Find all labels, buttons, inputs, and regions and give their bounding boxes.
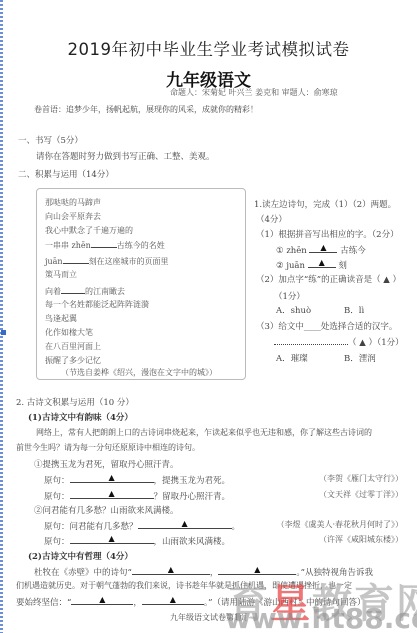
label: 要始终坚信：“ xyxy=(16,598,71,608)
label: ② juān xyxy=(276,261,305,271)
label: 原句： xyxy=(44,537,70,547)
page-edge-rule xyxy=(0,0,3,633)
exam-motto: 卷首语：追梦少年，扬帆起航，展现你的风采，成就你的精彩！ xyxy=(34,104,258,115)
poem-line: 那哒哒的马蹄声 xyxy=(45,197,101,208)
q2-item1-b: 原句：▲？留取丹心照汗青。 xyxy=(44,489,230,502)
poem-line: 每一个名姓都能泛起阵阵涟漪 xyxy=(45,299,149,310)
triangle-marker-icon: ▲ xyxy=(320,243,326,252)
label: ，山雨欲来风满楼。 xyxy=(154,537,231,547)
label: 原句： xyxy=(44,492,70,502)
q2-intro-line2: 前世今生吗？请为每一分句还原原诗中相连的诗句。 xyxy=(16,442,200,453)
q2-item1: ①提携玉龙为君死，留取丹心照汗青。 xyxy=(34,458,179,470)
q2-heading: 2. 古诗文积累与运用（10 分） xyxy=(16,396,134,408)
poem-source: （节选自姜桦《绍兴，漫泡在文字中的城》） xyxy=(61,367,217,378)
blank-juan[interactable] xyxy=(63,255,89,264)
q1-stem: 1.读左边诗句，完成（1）（2）两题。 xyxy=(254,198,396,210)
section1-text: 请你在答题时努力做到书写正确、工整、美观。 xyxy=(36,150,215,162)
poem-line: 振醒了多少记忆 xyxy=(45,355,101,366)
section2-heading: 二、积累与运用（14分） xyxy=(18,168,114,180)
triangle-marker-icon: ▲ xyxy=(168,565,174,574)
label: 。 xyxy=(232,522,241,532)
exam-authors: 命题人：宋菊妃 叶兴兰 姜克和 审题人：俞寒琼 xyxy=(170,87,338,98)
poem-line: juān刻在这座城市的页面里 xyxy=(45,255,169,267)
poem-box: 那哒哒的马蹄声 向山会平原奔去 我心中默念了千遍万遍的 一串串 zhēn古练今的… xyxy=(36,188,246,380)
answer-slot[interactable]: （ ▲ ）（1分） xyxy=(348,338,404,348)
watermark-url: www.ht88.com xyxy=(225,602,417,633)
label: 原句：问君能有几多愁？ xyxy=(44,522,138,532)
answer-blank[interactable]: ▲ xyxy=(309,243,337,253)
answer-blank[interactable]: ▲ xyxy=(71,595,133,605)
poem-text: 向着 xyxy=(45,287,61,296)
q2-item2: ②问君能有几多愁？山雨欲来风满楼。 xyxy=(34,504,179,516)
q2-intro-line1: 网络上，常有人把朗朗上口的古诗词串烧起来，乍读起来似乎也无违和感，你了解这些古诗… xyxy=(36,427,372,438)
q1-sub2-option-a[interactable]: A．shuò xyxy=(276,304,311,316)
q2-part2-heading: (2)古诗文中有哲理（4分） xyxy=(28,550,133,562)
q2-item2-b-source: （许浑《咸阳城东楼》） xyxy=(319,534,403,545)
answer-blank[interactable]: ▲ xyxy=(138,519,232,529)
pinyin-zhen: 一串串 zhēn xyxy=(45,241,91,250)
answer-blank[interactable]: ▲ xyxy=(308,258,336,268)
q2-part1-heading: (1)古诗文中有韵味（4分） xyxy=(28,411,133,423)
q1-sub1: （1）根据拼音写出相应的字。（2分） xyxy=(256,228,399,240)
q1-sub3-option-b[interactable]: B．湮润 xyxy=(344,352,376,364)
label: 原句： xyxy=(44,476,70,486)
poem-line: 向着的江南瞰去 xyxy=(45,285,125,297)
label: 杜牧在《赤壁》中的诗句“ xyxy=(34,568,132,578)
q2-item1-a: 原句：▲，提携玉龙为君死。 xyxy=(44,473,230,486)
answer-blank[interactable]: ▲ xyxy=(70,534,154,544)
answer-blank[interactable]: ▲ xyxy=(70,473,154,483)
q2-item1-b-source: （文天祥《过零丁洋》） xyxy=(319,489,403,500)
answer-blank[interactable]: ▲ xyxy=(132,565,210,575)
triangle-marker-icon: ▲ xyxy=(319,258,325,267)
triangle-marker-icon: ▲ xyxy=(108,473,114,482)
poem-line: 策马而立 xyxy=(45,269,77,280)
pinyin-juan: juān xyxy=(45,257,63,266)
answer-blank[interactable]: ▲ xyxy=(70,489,154,499)
triangle-marker-icon: ▲ xyxy=(108,534,114,543)
q1-sub1b: ② juān ▲ 刻 xyxy=(276,258,347,271)
blank-word[interactable] xyxy=(61,285,85,294)
poem-line: 我心中默念了千遍万遍的 xyxy=(45,225,133,236)
label: ？留取丹心照汗青。 xyxy=(154,492,231,502)
q1-sub3-answer: （ ▲ ）（1分） xyxy=(274,336,404,348)
exam-title: 2019年初中毕业生学业考试模拟试卷 xyxy=(0,36,417,60)
label: ① zhēn xyxy=(276,246,307,256)
q1-sub2: （2）加点字“练”的正确读音是（ ▲ ） xyxy=(256,273,401,285)
poem-text: 古练今的名姓 xyxy=(117,241,165,250)
label: ，提携玉龙为君死。 xyxy=(154,476,231,486)
q2-item2-a: 原句：问君能有几多愁？▲。 xyxy=(44,519,240,532)
q1-sub1a: ① zhēn ▲ 古练今 xyxy=(276,243,366,256)
triangle-marker-icon: ▲ xyxy=(108,489,114,498)
q1-sub3: （3）给文中____处选择合适的汉字。 xyxy=(256,320,397,332)
poem-line: 化作如椽大笔 xyxy=(45,327,93,338)
q2-item1-a-source: （李贺《雁门太守行》） xyxy=(319,473,403,484)
label: 古练今 xyxy=(340,246,366,256)
triangle-marker-icon: ▲ xyxy=(170,595,176,604)
label: 刻 xyxy=(338,261,347,271)
q1-sub2-option-b[interactable]: B．lì xyxy=(344,304,364,316)
poem-line: 一串串 zhēn古练今的名姓 xyxy=(45,239,165,251)
triangle-marker-icon: ▲ xyxy=(99,595,105,604)
triangle-marker-icon: ▲ xyxy=(181,519,187,528)
q1-sub2-score: （1分） xyxy=(274,290,305,302)
section1-heading: 一、书写（5分） xyxy=(18,134,83,146)
poem-text: 的江南瞰去 xyxy=(85,287,125,296)
q2-item2-b: 原句：▲，山雨欲来风满楼。 xyxy=(44,534,230,547)
poem-line: 向山会平原奔去 xyxy=(45,211,101,222)
blank-zhen[interactable] xyxy=(91,239,117,248)
q1-sub3-option-a[interactable]: A．璀璨 xyxy=(276,352,308,364)
poem-line: 鸟逢起翼 xyxy=(45,313,77,324)
q2-item2-a-source: （李煜《虞美人·春花秋月何时了》） xyxy=(276,519,403,530)
answer-blank[interactable]: ▲ xyxy=(142,595,204,605)
page-marker xyxy=(1,330,6,335)
poem-line: 在八百里河面上 xyxy=(45,341,101,352)
poem-text: 刻在这座城市的页面里 xyxy=(89,257,169,266)
dotted-leader xyxy=(274,344,348,345)
q1-score: （4分） xyxy=(256,213,287,225)
